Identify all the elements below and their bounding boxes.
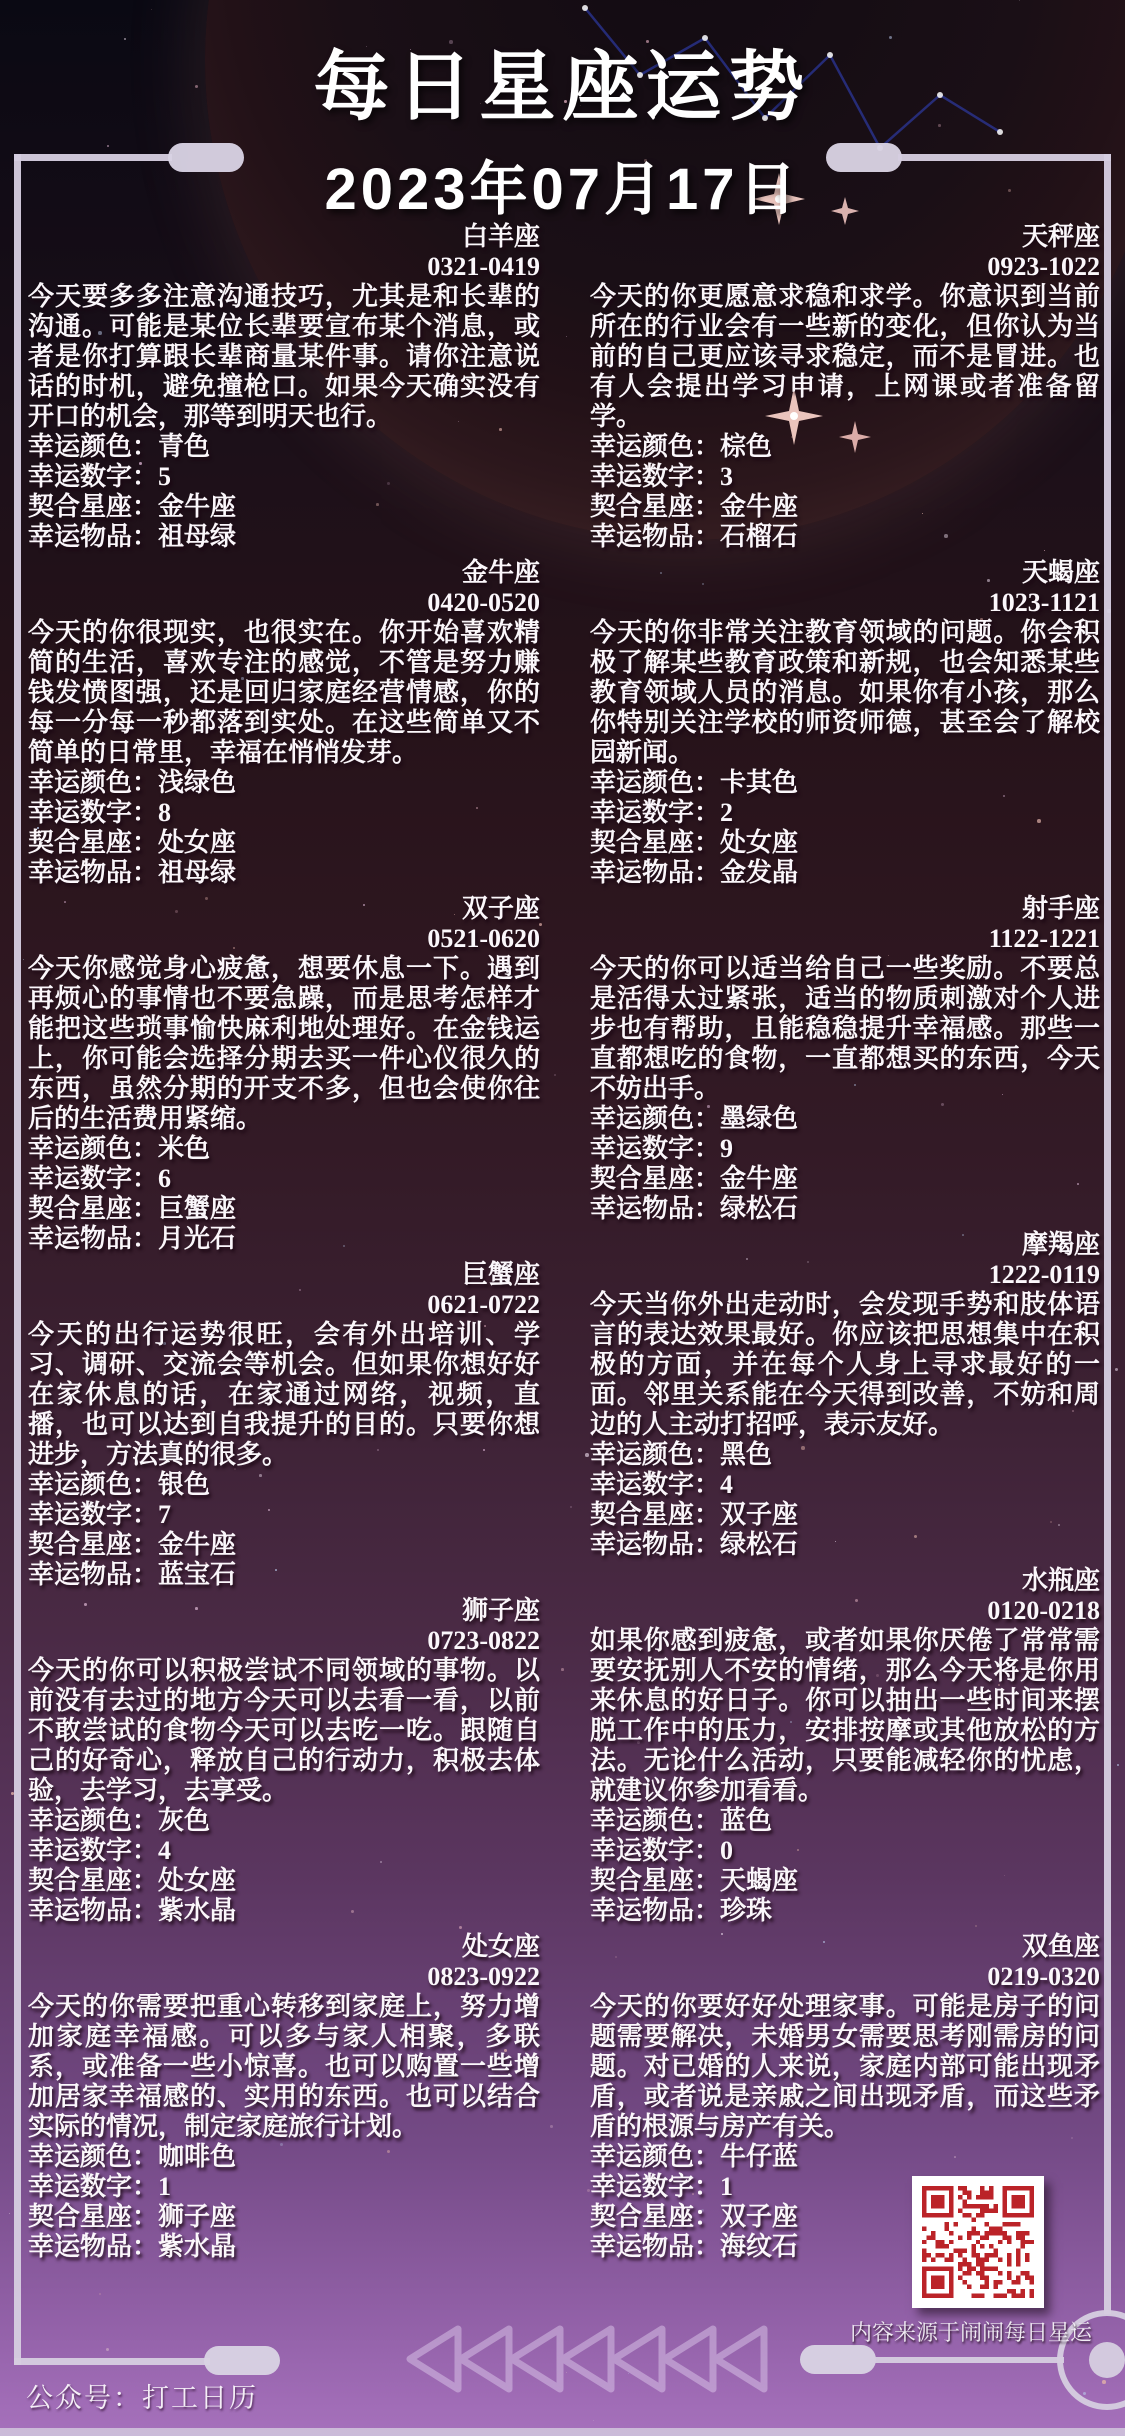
- lucky-color-row: 幸运颜色：青色: [28, 432, 540, 462]
- lucky-item-label: 幸运物品：: [590, 1896, 720, 1925]
- match-sign-row: 契合星座：天蝎座: [590, 1866, 1100, 1896]
- match-sign-label: 契合星座：: [590, 1500, 720, 1529]
- sign-name: 白羊座: [28, 222, 540, 252]
- lucky-color-row: 幸运颜色：浅绿色: [28, 768, 540, 798]
- lucky-color-label: 幸运颜色：: [590, 432, 720, 461]
- match-sign-value: 处女座: [158, 1866, 236, 1895]
- zodiac-sign-block: 狮子座 0723-0822 今天的你可以积极尝试不同领域的事物。以前没有去过的地…: [28, 1596, 540, 1926]
- lucky-item-label: 幸运物品：: [28, 2232, 158, 2261]
- lucky-color-label: 幸运颜色：: [28, 1806, 158, 1835]
- lucky-number-label: 幸运数字：: [590, 1470, 720, 1499]
- lucky-color-label: 幸运颜色：: [28, 2142, 158, 2171]
- qr-code: [912, 2176, 1044, 2308]
- horoscope-poster: 每日星座运势 2023年07月17日 白羊座 0321-0419 今天要多多注意…: [0, 0, 1125, 2436]
- sign-date-range: 0120-0218: [590, 1596, 1100, 1626]
- lucky-number-row: 幸运数字：4: [28, 1836, 540, 1866]
- lucky-color-row: 幸运颜色：米色: [28, 1134, 540, 1164]
- sign-date-range: 0621-0722: [28, 1290, 540, 1320]
- match-sign-label: 契合星座：: [28, 1866, 158, 1895]
- page-date: 2023年07月17日: [0, 142, 1125, 226]
- lucky-color-value: 牛仔蓝: [720, 2142, 798, 2171]
- match-sign-value: 巨蟹座: [158, 1194, 236, 1223]
- zodiac-sign-block: 天蝎座 1023-1121 今天的你非常关注教育领域的问题。你会积极了解某些教育…: [590, 558, 1100, 888]
- match-sign-label: 契合星座：: [590, 828, 720, 857]
- lucky-item-label: 幸运物品：: [590, 1194, 720, 1223]
- sign-name: 狮子座: [28, 1596, 540, 1626]
- lucky-item-value: 绿松石: [720, 1530, 798, 1559]
- lucky-number-value: 1: [720, 2172, 733, 2201]
- match-sign-value: 金牛座: [158, 492, 236, 521]
- match-sign-label: 契合星座：: [28, 492, 158, 521]
- sign-fortune-text: 今天的你要好好处理家事。可能是房子的问题需要解决，未婚男女需要思考刚需房的问题。…: [590, 1992, 1100, 2142]
- lucky-number-value: 0: [720, 1836, 733, 1865]
- lucky-number-label: 幸运数字：: [590, 1836, 720, 1865]
- match-sign-label: 契合星座：: [590, 492, 720, 521]
- sign-date-range: 0420-0520: [28, 588, 540, 618]
- match-sign-label: 契合星座：: [590, 2202, 720, 2231]
- sign-fortune-text: 今天你感觉身心疲惫，想要休息一下。遇到再烦心的事情也不要急躁，而是思考怎样才能把…: [28, 954, 540, 1134]
- lucky-number-row: 幸运数字：8: [28, 798, 540, 828]
- lucky-color-label: 幸运颜色：: [590, 1104, 720, 1133]
- lucky-item-value: 蓝宝石: [158, 1560, 236, 1589]
- sign-date-range: 0823-0922: [28, 1962, 540, 1992]
- lucky-number-value: 9: [720, 1134, 733, 1163]
- lucky-color-value: 米色: [158, 1134, 210, 1163]
- official-account-label: 公众号：打工日历: [26, 2376, 258, 2415]
- match-sign-value: 金牛座: [720, 492, 798, 521]
- sign-date-range: 1222-0119: [590, 1260, 1100, 1290]
- sign-name: 天蝎座: [590, 558, 1100, 588]
- lucky-color-row: 幸运颜色：蓝色: [590, 1806, 1100, 1836]
- lucky-item-row: 幸运物品：金发晶: [590, 858, 1100, 888]
- lucky-number-row: 幸运数字：6: [28, 1164, 540, 1194]
- sign-name: 摩羯座: [590, 1230, 1100, 1260]
- zodiac-sign-block: 水瓶座 0120-0218 如果你感到疲惫，或者如果你厌倦了常常需要安抚别人不安…: [590, 1566, 1100, 1926]
- lucky-item-row: 幸运物品：祖母绿: [28, 522, 540, 552]
- lucky-color-label: 幸运颜色：: [590, 2142, 720, 2171]
- lucky-number-row: 幸运数字：9: [590, 1134, 1100, 1164]
- match-sign-row: 契合星座：处女座: [28, 828, 540, 858]
- sign-name: 水瓶座: [590, 1566, 1100, 1596]
- sign-fortune-text: 今天的你可以积极尝试不同领域的事物。以前没有去过的地方今天可以去看一看，以前不敢…: [28, 1656, 540, 1806]
- lucky-color-value: 浅绿色: [158, 768, 236, 797]
- bottom-edge-strip: [0, 2428, 1125, 2436]
- sign-name: 巨蟹座: [28, 1260, 540, 1290]
- match-sign-row: 契合星座：处女座: [28, 1866, 540, 1896]
- lucky-color-value: 棕色: [720, 432, 772, 461]
- match-sign-label: 契合星座：: [28, 1530, 158, 1559]
- match-sign-value: 双子座: [720, 2202, 798, 2231]
- match-sign-value: 金牛座: [720, 1164, 798, 1193]
- lucky-item-label: 幸运物品：: [590, 2232, 720, 2261]
- lucky-item-label: 幸运物品：: [590, 858, 720, 887]
- lucky-number-row: 幸运数字：1: [28, 2172, 540, 2202]
- zodiac-column-right: 天秤座 0923-1022 今天的你更愿意求稳和求学。你意识到当前所在的行业会有…: [590, 222, 1100, 2268]
- lucky-number-label: 幸运数字：: [590, 1134, 720, 1163]
- lucky-color-value: 墨绿色: [720, 1104, 798, 1133]
- sign-name: 金牛座: [28, 558, 540, 588]
- lucky-color-value: 灰色: [158, 1806, 210, 1835]
- lucky-item-label: 幸运物品：: [28, 858, 158, 887]
- frame-pill-bottom-left: [204, 2346, 280, 2375]
- lucky-color-row: 幸运颜色：墨绿色: [590, 1104, 1100, 1134]
- zodiac-sign-block: 处女座 0823-0922 今天的你需要把重心转移到家庭上，努力增加家庭幸福感。…: [28, 1932, 540, 2262]
- frame-pill-bottom-right: [800, 2345, 876, 2374]
- lucky-number-value: 2: [720, 798, 733, 827]
- match-sign-row: 契合星座：金牛座: [28, 1530, 540, 1560]
- match-sign-label: 契合星座：: [28, 2202, 158, 2231]
- lucky-color-label: 幸运颜色：: [590, 768, 720, 797]
- lucky-item-row: 幸运物品：珍珠: [590, 1896, 1100, 1926]
- zodiac-sign-block: 金牛座 0420-0520 今天的你很现实，也很实在。你开始喜欢精简的生活，喜欢…: [28, 558, 540, 888]
- match-sign-row: 契合星座：处女座: [590, 828, 1100, 858]
- frame-left-line: [14, 154, 21, 2365]
- zodiac-sign-block: 摩羯座 1222-0119 今天当你外出走动时，会发现手势和肢体语言的表达效果最…: [590, 1230, 1100, 1560]
- lucky-item-value: 金发晶: [720, 858, 798, 887]
- lucky-number-value: 4: [720, 1470, 733, 1499]
- sign-fortune-text: 今天的你更愿意求稳和求学。你意识到当前所在的行业会有一些新的变化，但你认为当前的…: [590, 282, 1100, 432]
- lucky-number-value: 3: [720, 462, 733, 491]
- lucky-color-row: 幸运颜色：卡其色: [590, 768, 1100, 798]
- lucky-item-value: 月光石: [158, 1224, 236, 1253]
- lucky-number-row: 幸运数字：0: [590, 1836, 1100, 1866]
- sign-name: 处女座: [28, 1932, 540, 1962]
- lucky-number-value: 8: [158, 798, 171, 827]
- sign-date-range: 0723-0822: [28, 1626, 540, 1656]
- sign-date-range: 1023-1121: [590, 588, 1100, 618]
- lucky-color-row: 幸运颜色：灰色: [28, 1806, 540, 1836]
- sign-fortune-text: 今天当你外出走动时，会发现手势和肢体语言的表达效果最好。你应该把思想集中在积极的…: [590, 1290, 1100, 1440]
- lucky-item-value: 石榴石: [720, 522, 798, 551]
- match-sign-row: 契合星座：双子座: [590, 1500, 1100, 1530]
- lucky-number-row: 幸运数字：7: [28, 1500, 540, 1530]
- lucky-item-value: 珍珠: [720, 1896, 772, 1925]
- frame-bottom-right-line: [874, 2357, 1064, 2363]
- lucky-number-label: 幸运数字：: [28, 2172, 158, 2201]
- lucky-item-value: 祖母绿: [158, 522, 236, 551]
- lucky-number-value: 5: [158, 462, 171, 491]
- sign-name: 双鱼座: [590, 1932, 1100, 1962]
- zodiac-sign-block: 白羊座 0321-0419 今天要多多注意沟通技巧，尤其是和长辈的沟通。可能是某…: [28, 222, 540, 552]
- sign-fortune-text: 如果你感到疲惫，或者如果你厌倦了常常需要安抚别人不安的情绪，那么今天将是你用来休…: [590, 1626, 1100, 1806]
- lucky-item-value: 紫水晶: [158, 1896, 236, 1925]
- lucky-number-row: 幸运数字：3: [590, 462, 1100, 492]
- lucky-number-label: 幸运数字：: [590, 798, 720, 827]
- match-sign-row: 契合星座：狮子座: [28, 2202, 540, 2232]
- frame-bottom-left-line: [14, 2358, 210, 2365]
- lucky-item-label: 幸运物品：: [28, 1896, 158, 1925]
- lucky-item-row: 幸运物品：绿松石: [590, 1530, 1100, 1560]
- match-sign-row: 契合星座：金牛座: [590, 1164, 1100, 1194]
- match-sign-value: 狮子座: [158, 2202, 236, 2231]
- lucky-color-row: 幸运颜色：黑色: [590, 1440, 1100, 1470]
- match-sign-value: 双子座: [720, 1500, 798, 1529]
- zodiac-sign-block: 巨蟹座 0621-0722 今天的出行运势很旺，会有外出培训、学习、调研、交流会…: [28, 1260, 540, 1590]
- lucky-color-label: 幸运颜色：: [590, 1440, 720, 1469]
- match-sign-row: 契合星座：金牛座: [590, 492, 1100, 522]
- zodiac-sign-block: 射手座 1122-1221 今天的你可以适当给自己一些奖励。不要总是活得太过紧张…: [590, 894, 1100, 1224]
- match-sign-value: 金牛座: [158, 1530, 236, 1559]
- match-sign-value: 天蝎座: [720, 1866, 798, 1895]
- lucky-item-label: 幸运物品：: [28, 1224, 158, 1253]
- sign-name: 双子座: [28, 894, 540, 924]
- lucky-item-row: 幸运物品：紫水晶: [28, 1896, 540, 1926]
- lucky-number-label: 幸运数字：: [590, 2172, 720, 2201]
- lucky-number-value: 7: [158, 1500, 171, 1529]
- zodiac-sign-block: 天秤座 0923-1022 今天的你更愿意求稳和求学。你意识到当前所在的行业会有…: [590, 222, 1100, 552]
- lucky-color-value: 青色: [158, 432, 210, 461]
- lucky-color-row: 幸运颜色：牛仔蓝: [590, 2142, 1100, 2172]
- lucky-number-row: 幸运数字：4: [590, 1470, 1100, 1500]
- lucky-item-row: 幸运物品：绿松石: [590, 1194, 1100, 1224]
- sign-name: 天秤座: [590, 222, 1100, 252]
- match-sign-label: 契合星座：: [590, 1866, 720, 1895]
- lucky-item-row: 幸运物品：月光石: [28, 1224, 540, 1254]
- lucky-item-row: 幸运物品：蓝宝石: [28, 1560, 540, 1590]
- zodiac-column-left: 白羊座 0321-0419 今天要多多注意沟通技巧，尤其是和长辈的沟通。可能是某…: [28, 222, 540, 2268]
- qr-source-note: 内容来源于闹闹每日星运: [830, 2316, 1092, 2347]
- lucky-number-row: 幸运数字：2: [590, 798, 1100, 828]
- lucky-color-label: 幸运颜色：: [28, 1134, 158, 1163]
- match-sign-value: 处女座: [158, 828, 236, 857]
- sign-fortune-text: 今天的你很现实，也很实在。你开始喜欢精简的生活，喜欢专注的感觉，不管是努力赚钱发…: [28, 618, 540, 768]
- frame-target-dot: [1089, 2342, 1125, 2378]
- match-sign-value: 处女座: [720, 828, 798, 857]
- lucky-item-label: 幸运物品：: [590, 522, 720, 551]
- lucky-item-row: 幸运物品：紫水晶: [28, 2232, 540, 2262]
- page-title: 每日星座运势: [0, 26, 1125, 135]
- lucky-item-value: 绿松石: [720, 1194, 798, 1223]
- lucky-color-label: 幸运颜色：: [28, 1470, 158, 1499]
- sign-fortune-text: 今天的你需要把重心转移到家庭上，努力增加家庭幸福感。可以多与家人相聚，多联系，或…: [28, 1992, 540, 2142]
- lucky-color-value: 蓝色: [720, 1806, 772, 1835]
- sign-date-range: 0521-0620: [28, 924, 540, 954]
- lucky-color-value: 卡其色: [720, 768, 798, 797]
- lucky-number-label: 幸运数字：: [28, 1164, 158, 1193]
- lucky-color-value: 咖啡色: [158, 2142, 236, 2171]
- lucky-item-value: 祖母绿: [158, 858, 236, 887]
- sign-date-range: 0923-1022: [590, 252, 1100, 282]
- sign-date-range: 1122-1221: [590, 924, 1100, 954]
- sign-fortune-text: 今天的出行运势很旺，会有外出培训、学习、调研、交流会等机会。但如果你想好好在家休…: [28, 1320, 540, 1470]
- match-sign-label: 契合星座：: [28, 828, 158, 857]
- lucky-number-row: 幸运数字：5: [28, 462, 540, 492]
- lucky-number-label: 幸运数字：: [590, 462, 720, 491]
- frame-right-line: [1104, 154, 1111, 2314]
- lucky-color-value: 银色: [158, 1470, 210, 1499]
- lucky-item-row: 幸运物品：石榴石: [590, 522, 1100, 552]
- lucky-item-row: 幸运物品：祖母绿: [28, 858, 540, 888]
- lucky-color-row: 幸运颜色：咖啡色: [28, 2142, 540, 2172]
- match-sign-label: 契合星座：: [590, 1164, 720, 1193]
- sign-fortune-text: 今天要多多注意沟通技巧，尤其是和长辈的沟通。可能是某位长辈要宣布某个消息，或者是…: [28, 282, 540, 432]
- lucky-color-row: 幸运颜色：银色: [28, 1470, 540, 1500]
- match-sign-row: 契合星座：巨蟹座: [28, 1194, 540, 1224]
- lucky-item-value: 海纹石: [720, 2232, 798, 2261]
- lucky-item-value: 紫水晶: [158, 2232, 236, 2261]
- lucky-number-label: 幸运数字：: [28, 798, 158, 827]
- match-sign-row: 契合星座：金牛座: [28, 492, 540, 522]
- lucky-item-label: 幸运物品：: [590, 1530, 720, 1559]
- sign-fortune-text: 今天的你非常关注教育领域的问题。你会积极了解某些教育政策和新规，也会知悉某些教育…: [590, 618, 1100, 768]
- match-sign-label: 契合星座：: [28, 1194, 158, 1223]
- sign-fortune-text: 今天的你可以适当给自己一些奖励。不要总是活得太过紧张，适当的物质刺激对个人进步也…: [590, 954, 1100, 1104]
- lucky-color-value: 黑色: [720, 1440, 772, 1469]
- lucky-number-value: 6: [158, 1164, 171, 1193]
- sign-date-range: 0321-0419: [28, 252, 540, 282]
- zodiac-sign-block: 双子座 0521-0620 今天你感觉身心疲惫，想要休息一下。遇到再烦心的事情也…: [28, 894, 540, 1254]
- lucky-color-row: 幸运颜色：棕色: [590, 432, 1100, 462]
- lucky-number-label: 幸运数字：: [28, 1500, 158, 1529]
- lucky-number-label: 幸运数字：: [28, 462, 158, 491]
- sign-date-range: 0219-0320: [590, 1962, 1100, 1992]
- triangle-arrows-decoration: [400, 2322, 780, 2402]
- lucky-number-label: 幸运数字：: [28, 1836, 158, 1865]
- sign-name: 射手座: [590, 894, 1100, 924]
- lucky-item-label: 幸运物品：: [28, 1560, 158, 1589]
- lucky-color-label: 幸运颜色：: [28, 432, 158, 461]
- lucky-color-label: 幸运颜色：: [28, 768, 158, 797]
- lucky-color-label: 幸运颜色：: [590, 1806, 720, 1835]
- lucky-item-label: 幸运物品：: [28, 522, 158, 551]
- lucky-number-value: 1: [158, 2172, 171, 2201]
- lucky-number-value: 4: [158, 1836, 171, 1865]
